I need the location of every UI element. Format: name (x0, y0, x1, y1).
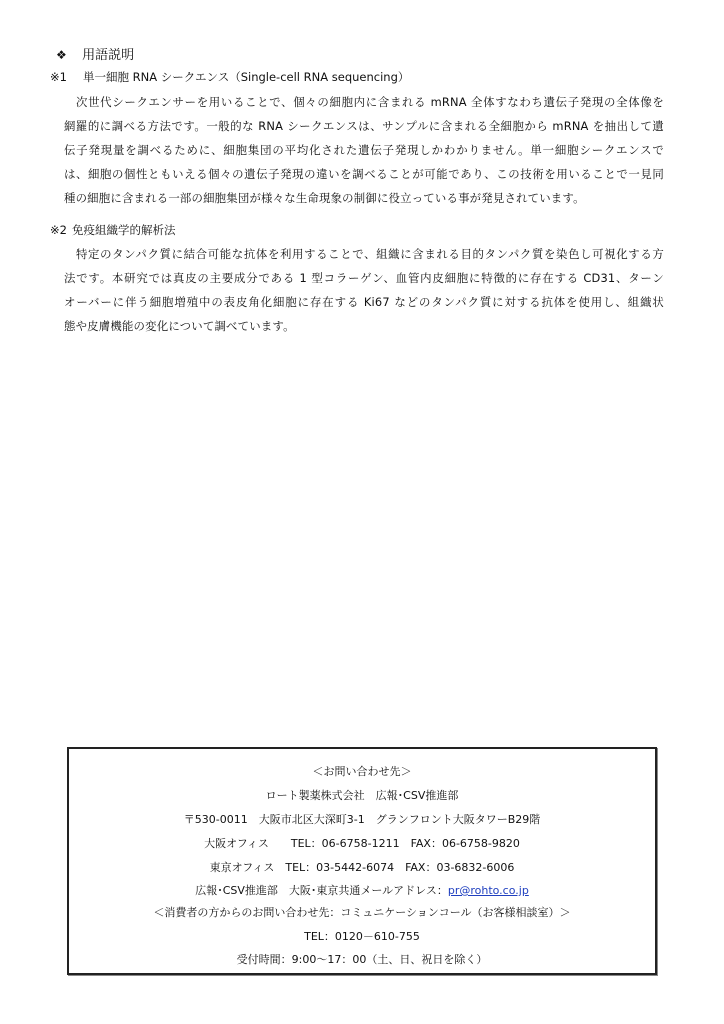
contact-company: ロート製薬株式会社 広報･CSV推進部 (69, 787, 655, 803)
term-2-line-2: 法です。本研究では真皮の主要成分である 1 型コラーゲン、血管内皮細胞に特徴的に… (64, 270, 664, 286)
term-1-mark: ※1 (50, 70, 83, 84)
contact-tokyo-office: 東京オフィス TEL：03-5442-6074 FAX：03-6832-6006 (69, 859, 655, 875)
consumer-hours: 受付時間：9:00～17：00（土、日、祝日を除く） (69, 951, 655, 967)
term-2-mark: ※2 (50, 223, 72, 237)
contact-email-link[interactable]: pr@rohto.co.jp (448, 884, 529, 897)
term-1-line-2: 網羅的に調べる方法です。一般的な RNA シークエンスは、サンプルに含まれる全細… (64, 118, 664, 134)
term-1-line-5: 種の細胞に含まれる一部の細胞集団が様々な生命現象の制御に役立っている事が発見され… (64, 190, 664, 206)
term-1-line-4: は、細胞の個性ともいえる個々の遺伝子発現の違いを調べることが可能であり、この技術… (64, 166, 664, 182)
contact-address: 〒530-0011 大阪市北区大深町3-1 グランフロント大阪タワーB29階 (69, 811, 655, 827)
consumer-contact-header: ＜消費者の方からのお問い合わせ先：コミュニケーションコール（お客様相談室）＞ (69, 904, 655, 920)
term-2-line-1: 特定のタンパク質に結合可能な抗体を利用することで、組織に含まれる目的タンパク質を… (76, 246, 664, 262)
term-2-title: ※2免疫組織学的解析法 (50, 222, 176, 238)
contact-header: ＜お問い合わせ先＞ (69, 763, 655, 779)
term-2-line-4: 態や皮膚機能の変化について調べています。 (64, 318, 664, 334)
consumer-tel: TEL：0120－610-755 (69, 928, 655, 944)
term-1-title: ※1単一細胞 RNA シークエンス（Single-cell RNA sequen… (50, 69, 409, 85)
term-2-title-text: 免疫組織学的解析法 (72, 223, 176, 237)
contact-email-row: 広報･CSV推進部 大阪･東京共通メールアドレス：pr@rohto.co.jp (69, 882, 655, 898)
section-title: 用語説明 (82, 48, 134, 63)
term-2-line-3: オーバーに伴う細胞増殖中の表皮角化細胞に存在する Ki67 などのタンパク質に対… (64, 294, 664, 310)
contact-box: ＜お問い合わせ先＞ ロート製薬株式会社 広報･CSV推進部 〒530-0011 … (67, 747, 657, 975)
term-1-line-3: 伝子発現量を調べるために、細胞集団の平均化された遺伝子発現しかわかりません。単一… (64, 142, 664, 158)
term-1-title-text: 単一細胞 RNA シークエンス（Single-cell RNA sequenci… (83, 70, 409, 84)
term-1-line-1: 次世代シークエンサーを用いることで、個々の細胞内に含まれる mRNA 全体すなわ… (76, 94, 664, 110)
section-heading: ❖ 用語説明 (56, 44, 134, 63)
contact-email-label: 広報･CSV推進部 大阪･東京共通メールアドレス： (195, 884, 448, 897)
contact-osaka-office: 大阪オフィス TEL：06-6758-1211 FAX：06-6758-9820 (69, 835, 655, 851)
diamond-bullet-icon: ❖ (56, 48, 78, 62)
